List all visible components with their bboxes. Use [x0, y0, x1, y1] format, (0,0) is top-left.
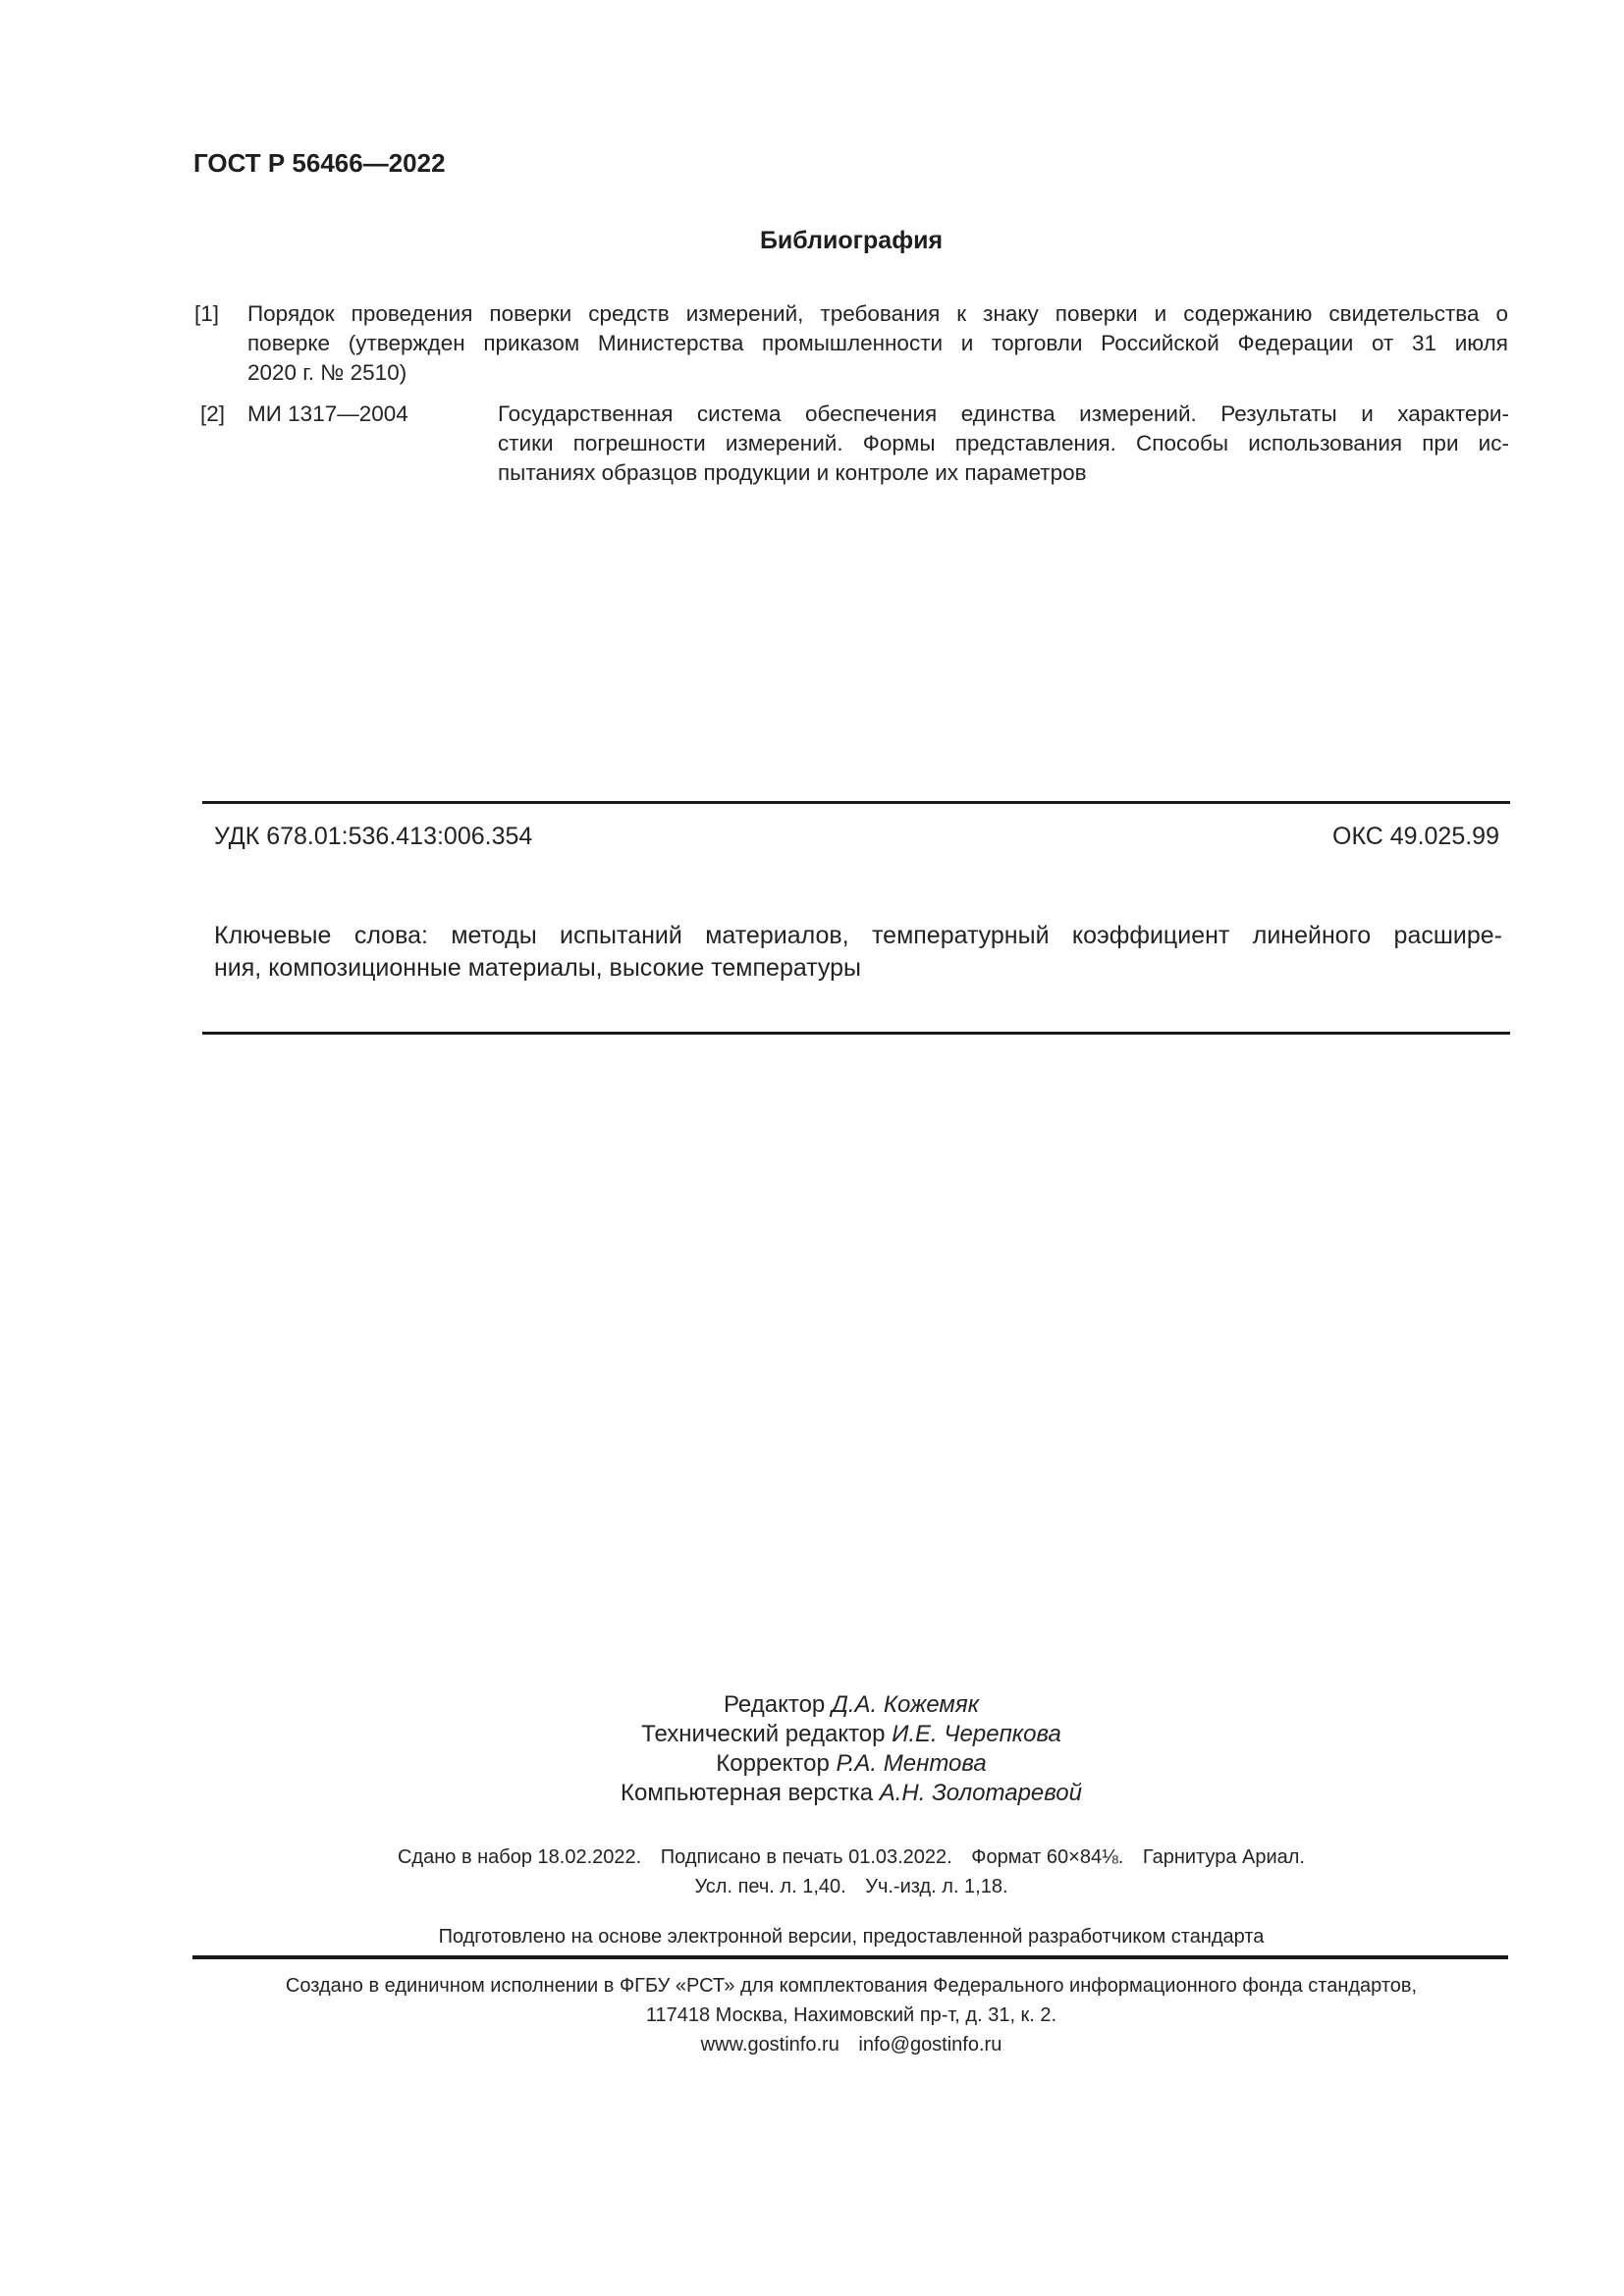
- bibliography-item-1-number: [1]: [194, 299, 219, 329]
- signed-date: Подписано в печать 01.03.2022.: [661, 1846, 952, 1868]
- keywords: Ключевые слова: методы испытаний материа…: [214, 920, 1502, 985]
- credit-role: Корректор: [716, 1750, 830, 1777]
- credit-name: Д.А. Кожемяк: [832, 1691, 979, 1718]
- paper-format: Формат 60×84⅛.: [971, 1846, 1123, 1868]
- print-sheets: Усл. печ. л. 1,40.: [694, 1876, 845, 1897]
- typeface: Гарнитура Ариал.: [1143, 1846, 1305, 1868]
- credit-editor: Редактор Д.А. Кожемяк: [0, 1690, 1624, 1720]
- keywords-line: Ключевые слова: методы испытаний материа…: [214, 920, 1502, 952]
- publisher-sheets: Уч.-изд. л. 1,18.: [865, 1876, 1007, 1897]
- credit-role: Технический редактор: [641, 1721, 885, 1747]
- bibliography-item-2-text: Государственная система обеспечения един…: [498, 400, 1509, 488]
- credit-layout: Компьютерная верстка А.Н. Золотаревой: [0, 1779, 1624, 1808]
- website-link[interactable]: www.gostinfo.ru: [701, 2034, 839, 2056]
- bibliography-item-2-line: пытаниях образцов продукции и контроле и…: [498, 458, 1509, 488]
- bibliography-item-1-line: Порядок проведения поверки средств измер…: [247, 299, 1508, 329]
- print-info: Сдано в набор 18.02.2022. Подписано в пе…: [0, 1842, 1624, 1901]
- divider-middle: [202, 1032, 1510, 1035]
- publisher-contacts: www.gostinfo.ru info@gostinfo.ru: [0, 2030, 1624, 2059]
- divider-bottom: [192, 1955, 1508, 1959]
- bibliography-item-2-line: Государственная система обеспечения един…: [498, 400, 1509, 429]
- keywords-line: ния, композиционные материалы, высокие т…: [214, 952, 1502, 985]
- bibliography-item-1-line: поверке (утвержден приказом Министерства…: [247, 329, 1508, 358]
- bibliography-item-2-line: стики погрешности измерений. Формы предс…: [498, 429, 1509, 458]
- credit-role: Редактор: [724, 1691, 825, 1718]
- bibliography-item-2-code: МИ 1317—2004: [247, 400, 408, 429]
- bibliography-item-1-text: Порядок проведения поверки средств измер…: [247, 299, 1508, 388]
- publisher-address: 117418 Москва, Нахимовский пр-т, д. 31, …: [0, 2001, 1624, 2030]
- credit-name: Р.А. Ментова: [836, 1750, 986, 1777]
- publisher-block: Создано в единичном исполнении в ФГБУ «Р…: [0, 1971, 1624, 2059]
- divider-top: [202, 801, 1510, 804]
- credit-tech-editor: Технический редактор И.Е. Черепкова: [0, 1720, 1624, 1749]
- credit-proofreader: Корректор Р.А. Ментова: [0, 1749, 1624, 1779]
- credit-name: И.Е. Черепкова: [892, 1721, 1061, 1747]
- oks-code: ОКС 49.025.99: [1332, 821, 1499, 852]
- print-info-line-1: Сдано в набор 18.02.2022. Подписано в пе…: [0, 1842, 1624, 1872]
- document-code: ГОСТ Р 56466—2022: [193, 147, 446, 179]
- print-info-line-2: Усл. печ. л. 1,40. Уч.-изд. л. 1,18.: [0, 1872, 1624, 1901]
- email-link[interactable]: info@gostinfo.ru: [858, 2034, 1001, 2056]
- submitted-date: Сдано в набор 18.02.2022.: [398, 1846, 641, 1868]
- bibliography-item-1-line: 2020 г. № 2510): [247, 358, 1508, 388]
- credits-block: Редактор Д.А. Кожемяк Технический редакт…: [0, 1690, 1624, 1808]
- publisher-statement: Создано в единичном исполнении в ФГБУ «Р…: [0, 1971, 1624, 2001]
- credit-role: Компьютерная верстка: [621, 1780, 873, 1806]
- prepared-note: Подготовлено на основе электронной верси…: [0, 1924, 1624, 1949]
- bibliography-title: Библиография: [0, 225, 1624, 256]
- bibliography-item-2-number: [2]: [200, 400, 225, 429]
- credit-name: А.Н. Золотаревой: [880, 1780, 1082, 1806]
- udk-code: УДК 678.01:536.413:006.354: [214, 821, 532, 852]
